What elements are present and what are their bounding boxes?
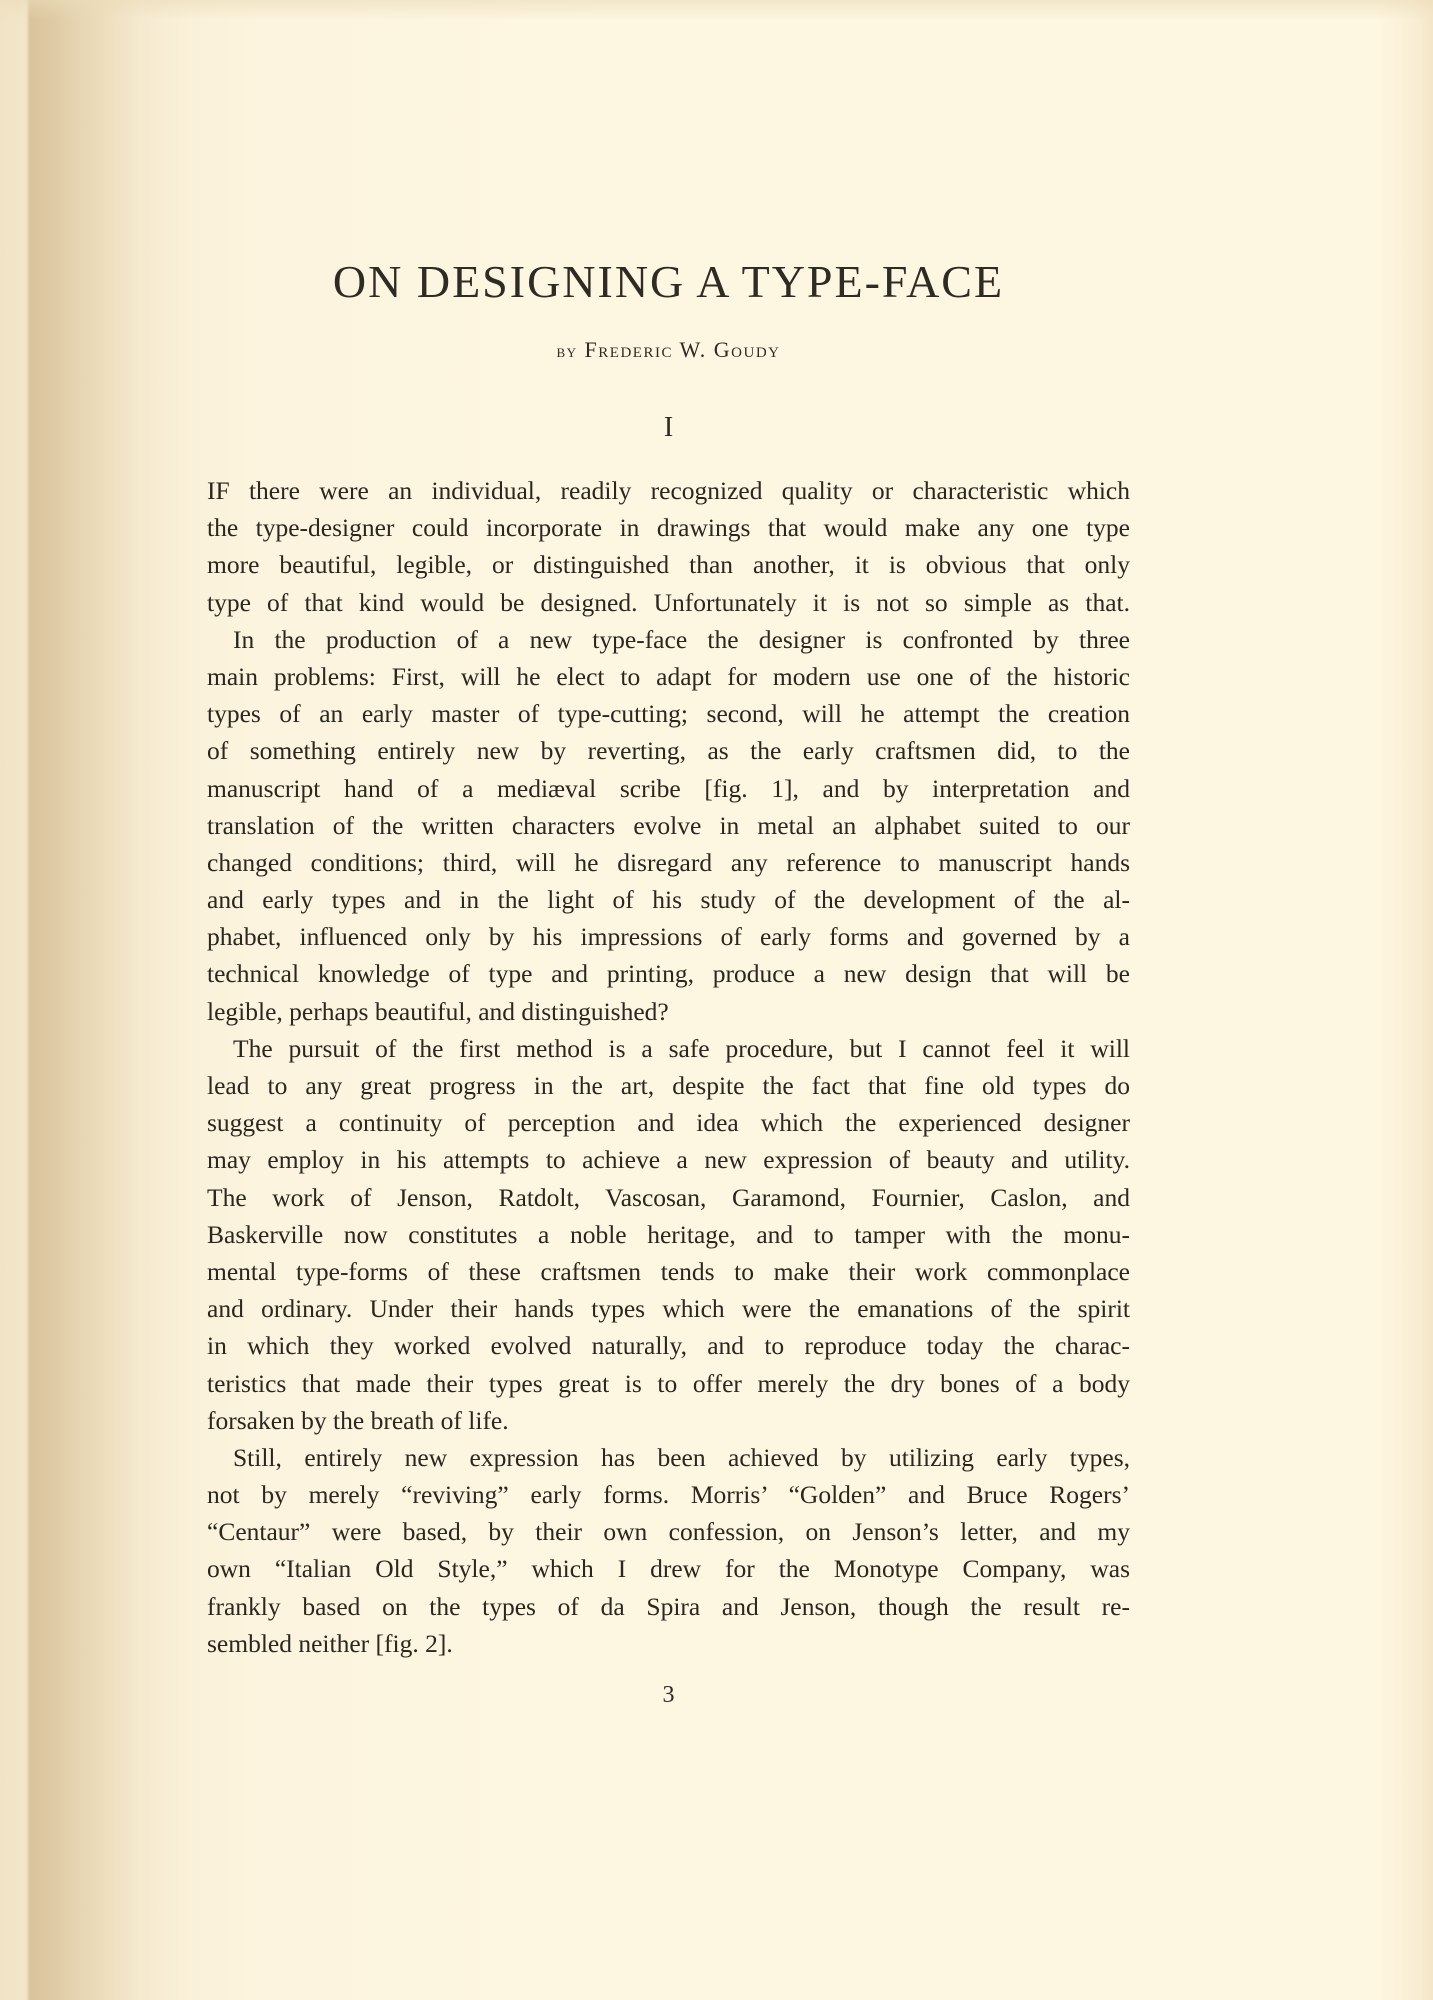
- text-line: The work of Jenson, Ratdolt, Vascosan, G…: [207, 1179, 1130, 1216]
- text-line: of something entirely new by reverting, …: [207, 732, 1130, 769]
- page-number: 3: [207, 1680, 1130, 1710]
- text-line: sembled neither [fig. 2].: [207, 1625, 1130, 1662]
- text-line: may employ in his attempts to achieve a …: [207, 1141, 1130, 1178]
- text-line: frankly based on the types of da Spira a…: [207, 1588, 1130, 1625]
- text-line: lead to any great progress in the art, d…: [207, 1067, 1130, 1104]
- text-line: type of that kind would be designed. Unf…: [207, 584, 1130, 621]
- text-line: in which they worked evolved naturally, …: [207, 1327, 1130, 1364]
- text-line: The pursuit of the first method is a saf…: [207, 1030, 1130, 1067]
- paragraph-3: The pursuit of the first method is a saf…: [207, 1030, 1130, 1439]
- text-line: Baskerville now constitutes a noble heri…: [207, 1216, 1130, 1253]
- text-line: mental type-forms of these craftsmen ten…: [207, 1253, 1130, 1290]
- text-line: types of an early master of type-cutting…: [207, 695, 1130, 732]
- text-line: technical knowledge of type and printing…: [207, 955, 1130, 992]
- text-line: “Centaur” were based, by their own confe…: [207, 1513, 1130, 1550]
- text-line: main problems: First, will he elect to a…: [207, 658, 1130, 695]
- text-line: the type-designer could incorporate in d…: [207, 509, 1130, 546]
- text-line: teristics that made their types great is…: [207, 1365, 1130, 1402]
- paragraph-4: Still, entirely new expression has been …: [207, 1439, 1130, 1662]
- text-line: legible, perhaps beautiful, and distingu…: [207, 993, 1130, 1030]
- section-number: I: [207, 410, 1130, 446]
- paragraph-1: IF there were an individual, readily rec…: [207, 472, 1130, 621]
- text-line: not by merely “reviving” early forms. Mo…: [207, 1476, 1130, 1513]
- article-title: ON DESIGNING A TYPE-FACE: [207, 252, 1130, 312]
- text-line: and early types and in the light of his …: [207, 881, 1130, 918]
- text-line: suggest a continuity of perception and i…: [207, 1104, 1130, 1141]
- paragraph-2: In the production of a new type-face the…: [207, 621, 1130, 1030]
- text-line: Still, entirely new expression has been …: [207, 1439, 1130, 1476]
- byline-prefix: by: [556, 341, 577, 361]
- text-line: IF there were an individual, readily rec…: [207, 472, 1130, 509]
- text-line: phabet, influenced only by his impressio…: [207, 918, 1130, 955]
- text-line: more beautiful, legible, or distinguishe…: [207, 546, 1130, 583]
- byline: by Frederic W. Goudy: [207, 335, 1130, 366]
- text-line: own “Italian Old Style,” which I drew fo…: [207, 1550, 1130, 1587]
- text-line: In the production of a new type-face the…: [207, 621, 1130, 658]
- body-text: IF there were an individual, readily rec…: [207, 472, 1130, 1662]
- text-line: manuscript hand of a mediæval scribe [fi…: [207, 770, 1130, 807]
- text-line: changed conditions; third, will he disre…: [207, 844, 1130, 881]
- text-line: and ordinary. Under their hands types wh…: [207, 1290, 1130, 1327]
- text-line: translation of the written characters ev…: [207, 807, 1130, 844]
- text-line: forsaken by the breath of life.: [207, 1402, 1130, 1439]
- byline-author: Frederic W. Goudy: [585, 337, 781, 362]
